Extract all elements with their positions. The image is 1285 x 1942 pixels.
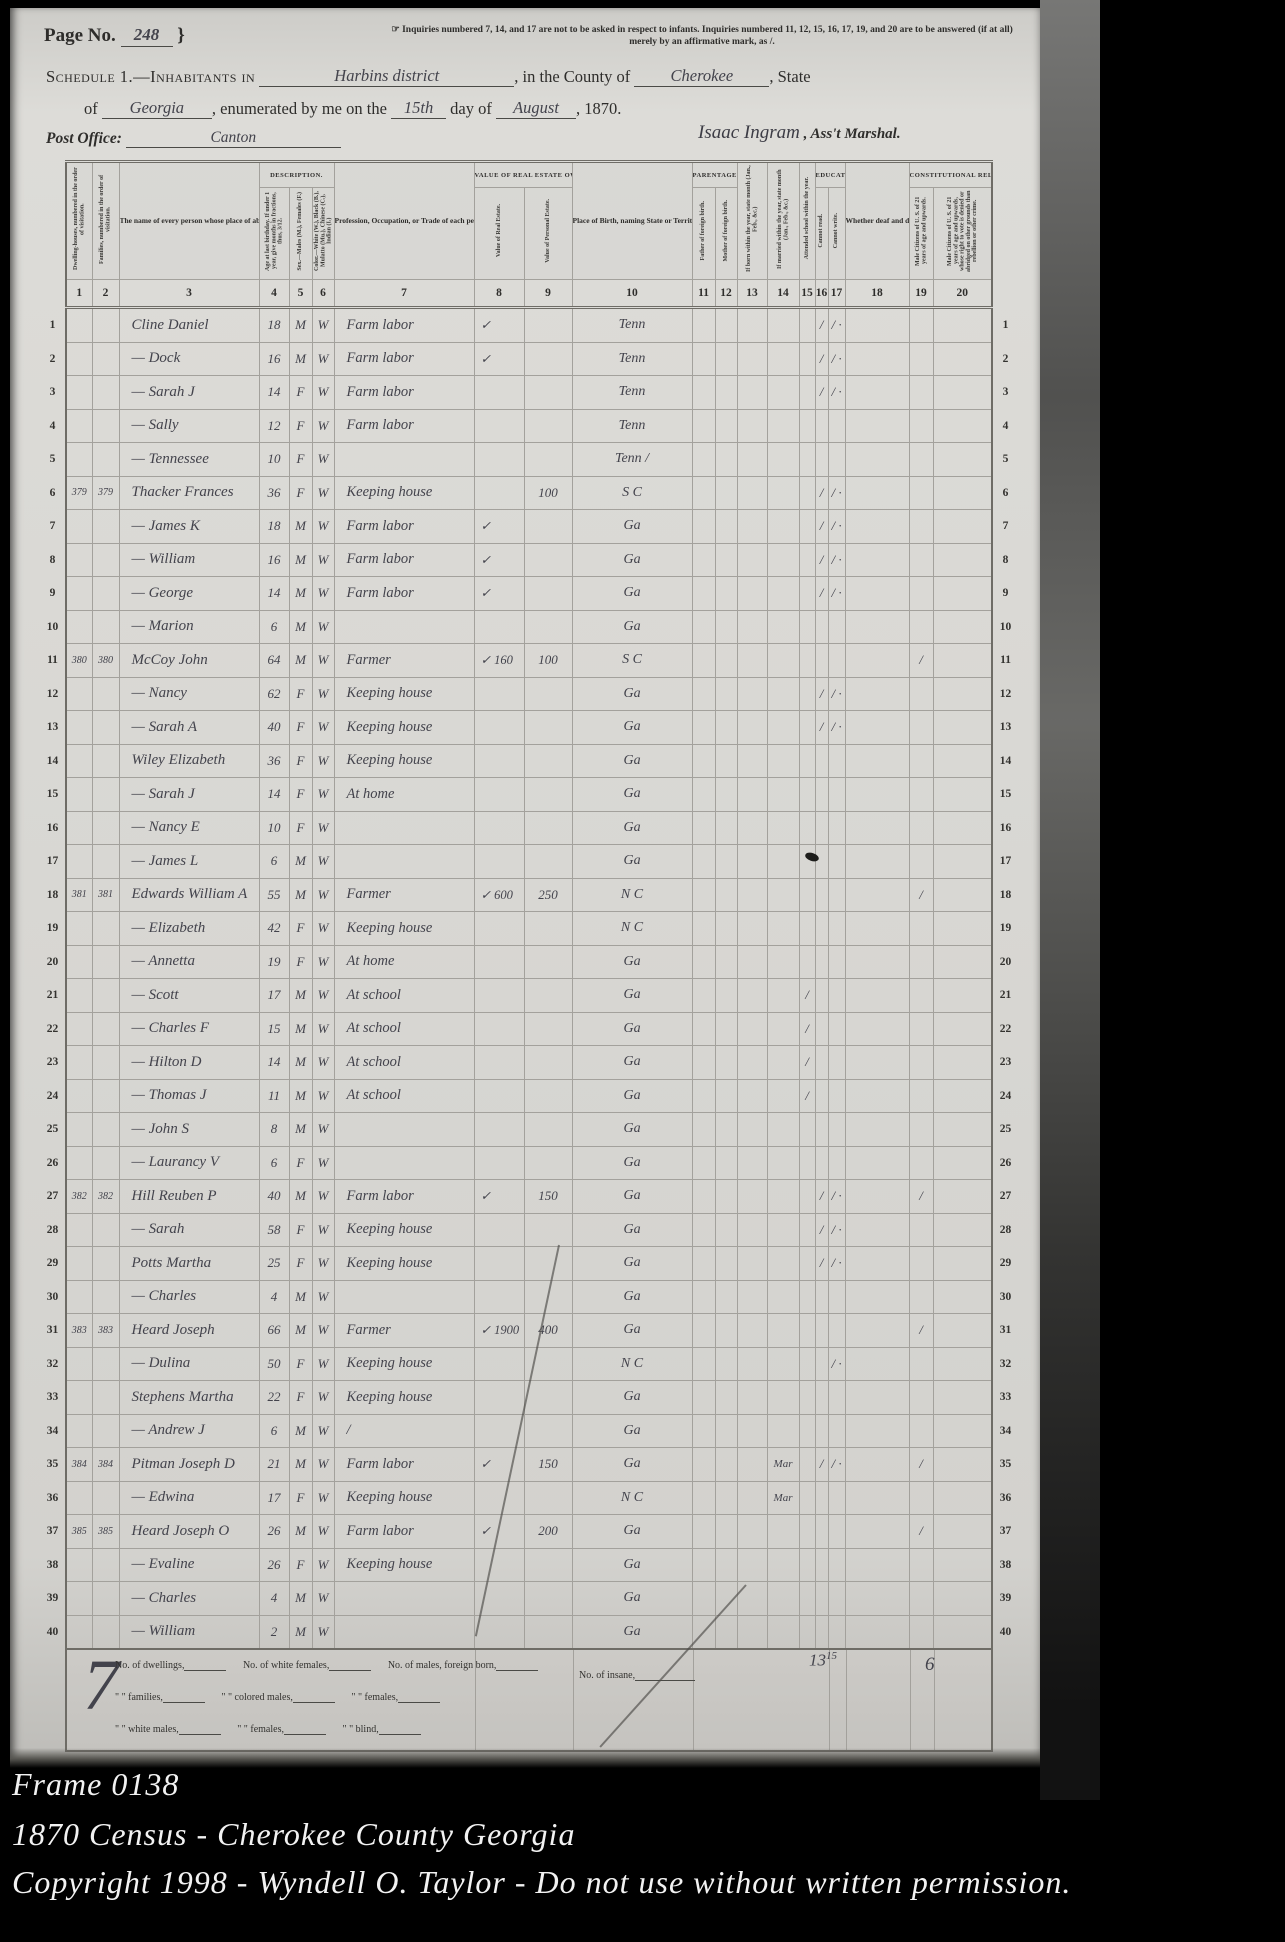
cell-real-estate-value [474, 1347, 524, 1381]
cell-real-estate-value: ✓ [474, 308, 524, 343]
cell-dwelling-no [66, 308, 92, 343]
cell-born-month [737, 577, 767, 611]
cell-sex: F [289, 1146, 312, 1180]
cell-dwelling-no [66, 1347, 92, 1381]
cell-deaf-dumb-blind [845, 811, 909, 845]
gutter-footer [40, 1649, 66, 1751]
cell-male-citizen-21 [909, 1414, 933, 1448]
cell-male-citizen-denied [933, 644, 992, 678]
cell-birthplace: S C [572, 644, 692, 678]
cell-birthplace: Ga [572, 1146, 692, 1180]
cell-cannot-read: / [815, 342, 828, 376]
cell-cannot-write [828, 845, 845, 879]
cell-family-no [92, 945, 119, 979]
cell-age: 55 [259, 878, 289, 912]
cell-birthplace: Ga [572, 845, 692, 879]
cell-age: 10 [259, 443, 289, 477]
cell-sex: M [289, 1515, 312, 1549]
cell-born-month [737, 1247, 767, 1281]
cell-cannot-write [828, 1615, 845, 1649]
cell-born-month [737, 1046, 767, 1080]
cell-cannot-write [828, 1381, 845, 1415]
cell-father-foreign [692, 510, 715, 544]
cell-occupation: At school [334, 1079, 474, 1113]
line-number: 10 [40, 610, 66, 644]
cell-age: 6 [259, 610, 289, 644]
cell-male-citizen-denied [933, 1515, 992, 1549]
col-number: 13 [737, 280, 767, 308]
cell-cannot-read [815, 1615, 828, 1649]
cell-born-month [737, 376, 767, 410]
cell-male-citizen-denied [933, 1314, 992, 1348]
cell-family-no: 385 [92, 1515, 119, 1549]
cell-mother-foreign [715, 1548, 737, 1582]
cell-real-estate-value: ✓ 160 [474, 644, 524, 678]
cell-personal-estate-value [524, 845, 572, 879]
cell-mother-foreign [715, 510, 737, 544]
cell-color: W [312, 912, 334, 946]
cell-cannot-read [815, 845, 828, 879]
cell-color: W [312, 711, 334, 745]
cell-dwelling-no [66, 610, 92, 644]
cell-real-estate-value [474, 845, 524, 879]
line-number: 26 [992, 1146, 1018, 1180]
cell-father-foreign [692, 1012, 715, 1046]
tally-row: 7 No. of dwellings, No. of white females… [40, 1649, 1018, 1751]
cell-birthplace: Ga [572, 1515, 692, 1549]
cell-occupation: Farmer [334, 1314, 474, 1348]
cell-name: — Annetta [119, 945, 259, 979]
cell-color: W [312, 1113, 334, 1147]
cell-mother-foreign [715, 945, 737, 979]
col-number: 4 [259, 280, 289, 308]
col-header-2: Families, numbered in the order of visit… [92, 162, 119, 280]
cell-deaf-dumb-blind [845, 308, 909, 343]
cell-name: — William [119, 543, 259, 577]
cell-born-month [737, 1515, 767, 1549]
cell-real-estate-value [474, 376, 524, 410]
cell-occupation: Keeping house [334, 744, 474, 778]
tally-insane-label: No. of insane, [579, 1670, 695, 1681]
cell-personal-estate-value [524, 778, 572, 812]
cell-cannot-read [815, 778, 828, 812]
cell-cannot-write [828, 644, 845, 678]
cell-cannot-write: / · [828, 510, 845, 544]
schedule-line-1: Schedule 1.—Inhabitants in Harbins distr… [46, 66, 1021, 87]
line-number: 39 [40, 1582, 66, 1616]
cell-name: — Elizabeth [119, 912, 259, 946]
line-number: 18 [40, 878, 66, 912]
cell-cannot-read [815, 912, 828, 946]
col-header-1: Dwelling-houses, numbered in the order o… [66, 162, 92, 280]
line-number: 9 [992, 577, 1018, 611]
cell-attended-school [799, 376, 815, 410]
cell-family-no [92, 443, 119, 477]
cell-name: — Sarah J [119, 376, 259, 410]
cell-name: — Edwina [119, 1481, 259, 1515]
cell-family-no [92, 409, 119, 443]
cell-born-month [737, 878, 767, 912]
cell-family-no [92, 744, 119, 778]
table-row: 40— William2MWGa40 [40, 1615, 1018, 1649]
table-row: 2— Dock16MWFarm labor✓Tenn// ·2 [40, 342, 1018, 376]
cell-father-foreign [692, 1347, 715, 1381]
cell-mother-foreign [715, 1414, 737, 1448]
cell-color: W [312, 443, 334, 477]
cell-deaf-dumb-blind [845, 376, 909, 410]
cell-cannot-read [815, 1046, 828, 1080]
line-number: 8 [40, 543, 66, 577]
cell-sex: F [289, 945, 312, 979]
cell-occupation [334, 610, 474, 644]
cell-cannot-read [815, 1582, 828, 1616]
cell-born-month [737, 308, 767, 343]
cell-married-month [767, 1314, 799, 1348]
cell-occupation: Farm labor [334, 376, 474, 410]
cell-real-estate-value [474, 778, 524, 812]
cell-real-estate-value [474, 1113, 524, 1147]
tally-box: 7 No. of dwellings, No. of white females… [66, 1649, 992, 1751]
line-number: 6 [40, 476, 66, 510]
cell-real-estate-value: ✓ [474, 1448, 524, 1482]
cell-married-month [767, 811, 799, 845]
cell-attended-school [799, 510, 815, 544]
cell-male-citizen-denied [933, 476, 992, 510]
cell-color: W [312, 778, 334, 812]
cell-birthplace: Tenn [572, 376, 692, 410]
cell-mother-foreign [715, 744, 737, 778]
col-header-3: The name of every person whose place of … [119, 162, 259, 280]
cell-male-citizen-21 [909, 778, 933, 812]
line-number: 28 [40, 1213, 66, 1247]
page-no-brace: } [177, 25, 185, 46]
line-number: 20 [992, 945, 1018, 979]
cell-occupation: At school [334, 1012, 474, 1046]
cell-attended-school [799, 1381, 815, 1415]
cell-occupation: Keeping house [334, 1548, 474, 1582]
cell-family-no [92, 1280, 119, 1314]
cell-sex: F [289, 778, 312, 812]
cell-color: W [312, 610, 334, 644]
cell-personal-estate-value [524, 409, 572, 443]
cell-occupation: Farm labor [334, 510, 474, 544]
cell-male-citizen-denied [933, 1213, 992, 1247]
cell-attended-school [799, 308, 815, 343]
cell-married-month [767, 1582, 799, 1616]
cell-mother-foreign [715, 811, 737, 845]
cell-deaf-dumb-blind [845, 610, 909, 644]
cell-sex: F [289, 409, 312, 443]
cell-dwelling-no [66, 1548, 92, 1582]
cell-male-citizen-denied [933, 845, 992, 879]
line-number: 32 [40, 1347, 66, 1381]
line-number: 30 [40, 1280, 66, 1314]
cell-male-citizen-denied [933, 945, 992, 979]
line-number: 8 [992, 543, 1018, 577]
cell-deaf-dumb-blind [845, 1481, 909, 1515]
cell-occupation: Keeping house [334, 1213, 474, 1247]
cell-color: W [312, 1615, 334, 1649]
col-number: 16 [815, 280, 828, 308]
cell-attended-school [799, 1548, 815, 1582]
col-header-8: Value of Real Estate. [474, 188, 524, 280]
cell-color: W [312, 1046, 334, 1080]
cell-sex: M [289, 1615, 312, 1649]
cell-born-month [737, 1113, 767, 1147]
cell-cannot-write [828, 1113, 845, 1147]
line-number: 2 [40, 342, 66, 376]
cell-dwelling-no [66, 1012, 92, 1046]
cell-cannot-read: / [815, 677, 828, 711]
cell-male-citizen-21: / [909, 1180, 933, 1214]
cell-name: — Charles [119, 1280, 259, 1314]
post-office-line: Post Office: Canton [46, 129, 341, 148]
cell-deaf-dumb-blind [845, 1314, 909, 1348]
cell-occupation: Keeping house [334, 912, 474, 946]
cell-sex: F [289, 677, 312, 711]
cell-born-month [737, 744, 767, 778]
instructions-note: ☞ Inquiries numbered 7, 14, and 17 are n… [378, 24, 1026, 49]
cell-age: 4 [259, 1280, 289, 1314]
cell-birthplace: Ga [572, 1113, 692, 1147]
cell-age: 14 [259, 376, 289, 410]
cell-birthplace: Ga [572, 1314, 692, 1348]
table-row: 10— Marion6MWGa10 [40, 610, 1018, 644]
cell-sex: F [289, 912, 312, 946]
line-number: 21 [40, 979, 66, 1013]
cell-personal-estate-value [524, 1582, 572, 1616]
col-header-15: Attended school within the year. [799, 162, 815, 280]
cell-age: 22 [259, 1381, 289, 1415]
cell-deaf-dumb-blind [845, 476, 909, 510]
cell-attended-school [799, 1280, 815, 1314]
cell-dwelling-no [66, 409, 92, 443]
cell-attended-school [799, 543, 815, 577]
line-number: 38 [40, 1548, 66, 1582]
cell-male-citizen-denied [933, 1414, 992, 1448]
cell-dwelling-no [66, 744, 92, 778]
cell-father-foreign [692, 778, 715, 812]
cell-attended-school: / [799, 1012, 815, 1046]
cell-real-estate-value [474, 1012, 524, 1046]
line-number: 38 [992, 1548, 1018, 1582]
table-row: 22— Charles F15MWAt schoolGa/22 [40, 1012, 1018, 1046]
line2-year: , 1870. [576, 99, 621, 118]
cell-attended-school [799, 1213, 815, 1247]
cell-age: 14 [259, 1046, 289, 1080]
cell-sex: F [289, 1381, 312, 1415]
line-number: 35 [40, 1448, 66, 1482]
cell-dwelling-no [66, 778, 92, 812]
table-row: 37385385Heard Joseph O26MWFarm labor✓200… [40, 1515, 1018, 1549]
cell-attended-school [799, 1515, 815, 1549]
cell-attended-school [799, 811, 815, 845]
line-number: 36 [40, 1481, 66, 1515]
cell-color: W [312, 1280, 334, 1314]
cell-father-foreign [692, 711, 715, 745]
cell-color: W [312, 1448, 334, 1482]
cell-male-citizen-denied [933, 1582, 992, 1616]
cell-cannot-read [815, 878, 828, 912]
cell-male-citizen-denied [933, 409, 992, 443]
cell-color: W [312, 677, 334, 711]
cell-married-month [767, 610, 799, 644]
cell-age: 2 [259, 1615, 289, 1649]
cell-attended-school [799, 1481, 815, 1515]
cell-sex: M [289, 979, 312, 1013]
cell-attended-school [799, 409, 815, 443]
cell-male-citizen-21 [909, 744, 933, 778]
cell-cannot-read: / [815, 1247, 828, 1281]
cell-cannot-read: / [815, 1213, 828, 1247]
cell-sex: M [289, 1046, 312, 1080]
cell-married-month [767, 342, 799, 376]
cell-cannot-write [828, 912, 845, 946]
line-number: 6 [992, 476, 1018, 510]
cell-male-citizen-denied [933, 1046, 992, 1080]
cell-male-citizen-21 [909, 677, 933, 711]
col-number: 10 [572, 280, 692, 308]
col-number: 15 [799, 280, 815, 308]
table-row: 35384384Pitman Joseph D21MWFarm labor✓15… [40, 1448, 1018, 1482]
cell-father-foreign [692, 644, 715, 678]
cell-color: W [312, 1012, 334, 1046]
cell-color: W [312, 409, 334, 443]
cell-color: W [312, 1180, 334, 1214]
cell-cannot-write [828, 1314, 845, 1348]
cell-dwelling-no [66, 1615, 92, 1649]
line-number: 19 [40, 912, 66, 946]
cell-deaf-dumb-blind [845, 1247, 909, 1281]
cell-attended-school [799, 677, 815, 711]
cell-dwelling-no [66, 443, 92, 477]
cell-male-citizen-denied [933, 1280, 992, 1314]
cell-male-citizen-denied [933, 1247, 992, 1281]
cell-born-month [737, 342, 767, 376]
cell-married-month [767, 1113, 799, 1147]
cell-married-month [767, 577, 799, 611]
cell-birthplace: Ga [572, 979, 692, 1013]
cell-cannot-write: / · [828, 1347, 845, 1381]
cell-attended-school: / [799, 979, 815, 1013]
cell-real-estate-value: ✓ [474, 1180, 524, 1214]
cell-cannot-read: / [815, 1180, 828, 1214]
cell-real-estate-value [474, 476, 524, 510]
cell-age: 10 [259, 811, 289, 845]
cell-dwelling-no [66, 979, 92, 1013]
cell-born-month [737, 979, 767, 1013]
line-number: 7 [40, 510, 66, 544]
cell-married-month [767, 1414, 799, 1448]
cell-father-foreign [692, 543, 715, 577]
cell-cannot-write [828, 610, 845, 644]
cell-color: W [312, 342, 334, 376]
cell-color: W [312, 543, 334, 577]
line2-mid: , enumerated by me on the [212, 99, 387, 118]
cell-sex: M [289, 577, 312, 611]
table-row: 18381381Edwards William A55MWFarmer✓ 600… [40, 878, 1018, 912]
cell-born-month [737, 677, 767, 711]
cell-married-month [767, 945, 799, 979]
cell-age: 26 [259, 1548, 289, 1582]
cell-age: 19 [259, 945, 289, 979]
table-row: 16— Nancy E10FWGa16 [40, 811, 1018, 845]
cell-deaf-dumb-blind [845, 1012, 909, 1046]
col-header-20: Male Citizens of U. S. of 21 years of ag… [933, 188, 992, 280]
cell-birthplace: Tenn [572, 409, 692, 443]
cell-name: Hill Reuben P [119, 1180, 259, 1214]
cell-color: W [312, 577, 334, 611]
cell-age: 62 [259, 677, 289, 711]
cell-cannot-read: / [815, 510, 828, 544]
cell-personal-estate-value: 250 [524, 878, 572, 912]
cell-mother-foreign [715, 1012, 737, 1046]
col-number: 9 [524, 280, 572, 308]
cell-cannot-read: / [815, 1448, 828, 1482]
cell-cannot-write [828, 979, 845, 1013]
cell-married-month [767, 778, 799, 812]
cell-father-foreign [692, 1448, 715, 1482]
cell-attended-school [799, 443, 815, 477]
line-number: 13 [40, 711, 66, 745]
cell-name: — James L [119, 845, 259, 879]
cell-birthplace: N C [572, 878, 692, 912]
cell-real-estate-value [474, 610, 524, 644]
cell-dwelling-no: 384 [66, 1448, 92, 1482]
cell-cannot-read [815, 945, 828, 979]
line-number: 16 [992, 811, 1018, 845]
cell-male-citizen-denied [933, 376, 992, 410]
tally-line-1: No. of dwellings, No. of white females, … [115, 1660, 552, 1671]
cell-attended-school [799, 1448, 815, 1482]
cell-age: 14 [259, 778, 289, 812]
cell-cannot-read: / [815, 308, 828, 343]
cell-married-month [767, 644, 799, 678]
cell-sex: F [289, 476, 312, 510]
cell-born-month [737, 778, 767, 812]
cell-deaf-dumb-blind [845, 1180, 909, 1214]
cell-real-estate-value [474, 1247, 524, 1281]
cell-male-citizen-denied [933, 308, 992, 343]
cell-married-month [767, 543, 799, 577]
cell-father-foreign [692, 1381, 715, 1415]
line-number: 9 [40, 577, 66, 611]
cell-deaf-dumb-blind [845, 510, 909, 544]
table-row: 4— Sally12FWFarm laborTenn4 [40, 409, 1018, 443]
cell-family-no [92, 1381, 119, 1415]
cell-married-month [767, 476, 799, 510]
cell-father-foreign [692, 1548, 715, 1582]
cell-birthplace: Ga [572, 711, 692, 745]
cell-personal-estate-value [524, 1247, 572, 1281]
cell-mother-foreign [715, 409, 737, 443]
cell-family-no: 381 [92, 878, 119, 912]
cell-born-month [737, 1448, 767, 1482]
cell-male-citizen-denied [933, 577, 992, 611]
cell-sex: M [289, 510, 312, 544]
state-value: Georgia [130, 98, 184, 117]
page-no-label: Page No. [44, 25, 116, 46]
cell-attended-school [799, 945, 815, 979]
cell-mother-foreign [715, 342, 737, 376]
gutter-header [40, 162, 66, 308]
cell-name: — Nancy E [119, 811, 259, 845]
cell-cannot-read [815, 1280, 828, 1314]
cell-age: 17 [259, 979, 289, 1013]
cell-age: 17 [259, 1481, 289, 1515]
line-number: 20 [40, 945, 66, 979]
cell-family-no [92, 1414, 119, 1448]
